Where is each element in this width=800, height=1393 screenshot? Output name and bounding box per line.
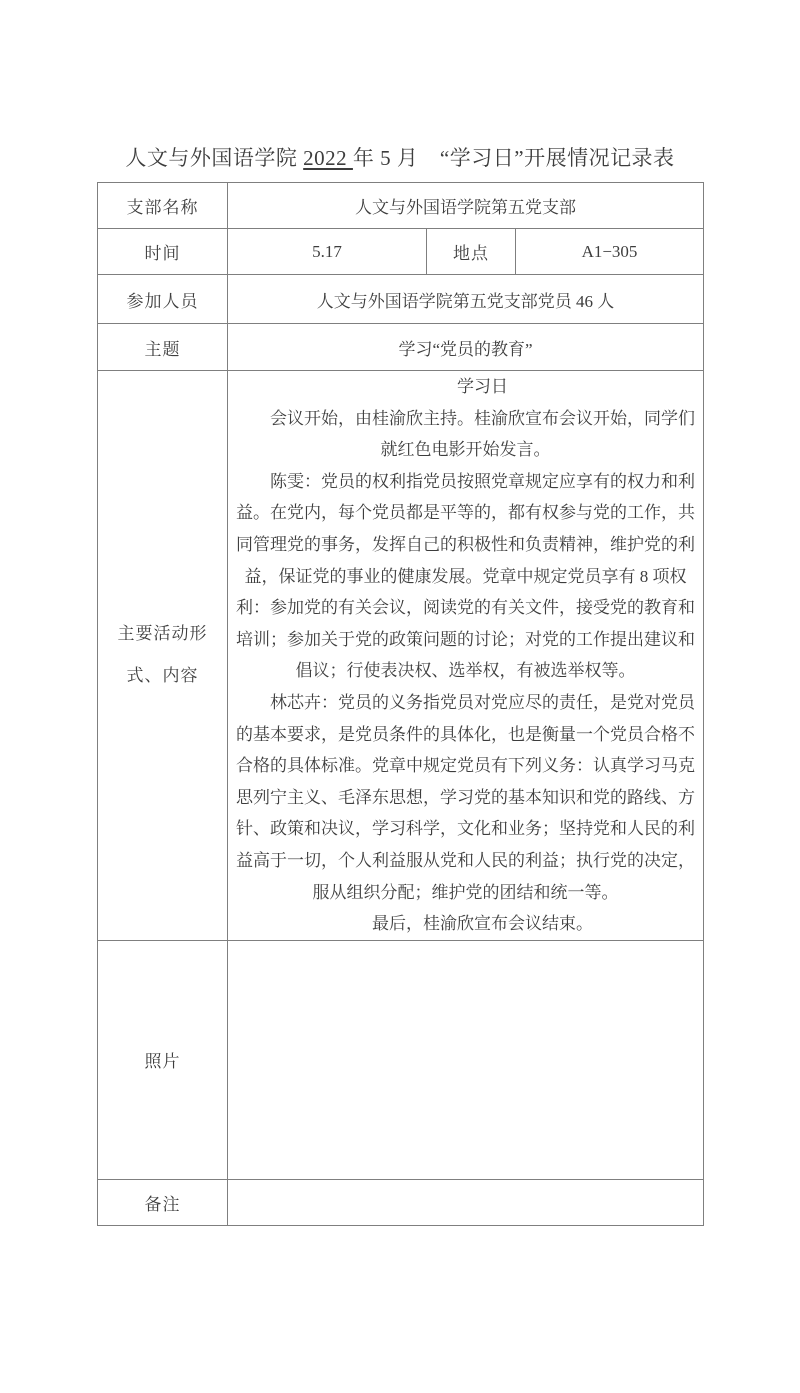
topic-value: 学习“党员的教育” <box>228 324 704 371</box>
row-photo: 照片 <box>98 940 704 1179</box>
row-activity: 主要活动形式、内容 学习日 会议开始，由桂渝欣主持。桂渝欣宣布会议开始，同学们就… <box>98 371 704 941</box>
location-value: A1−305 <box>516 229 704 275</box>
participants-label: 参加人员 <box>98 275 228 324</box>
time-label: 时间 <box>98 229 228 275</box>
row-remarks: 备注 <box>98 1179 704 1225</box>
activity-label-text: 主要活动形式、内容 <box>115 613 211 697</box>
title-part-2: 年 5 月 “学习日”开展情况记录表 <box>353 146 675 170</box>
record-table: 支部名称 人文与外国语学院第五党支部 时间 5.17 地点 A1−305 参加人… <box>97 182 704 1226</box>
row-participants: 参加人员 人文与外国语学院第五党支部党员 46 人 <box>98 275 704 324</box>
activity-paragraph: 学习日 <box>228 371 703 403</box>
participants-value: 人文与外国语学院第五党支部党员 46 人 <box>228 275 704 324</box>
activity-paragraph: 林芯卉：党员的义务指党员对党应尽的责任，是党对党员的基本要求，是党员条件的具体化… <box>228 687 703 908</box>
location-label: 地点 <box>427 229 516 275</box>
activity-paragraph: 陈雯：党员的权利指党员按照党章规定应享有的权力和利益。在党内，每个党员都是平等的… <box>228 466 703 687</box>
document-title: 人文与外国语学院 2022 年 5 月 “学习日”开展情况记录表 <box>0 142 800 172</box>
topic-label: 主题 <box>98 324 228 371</box>
title-year-underlined: 2022 <box>303 146 353 170</box>
row-branch: 支部名称 人文与外国语学院第五党支部 <box>98 183 704 229</box>
document-page: 人文与外国语学院 2022 年 5 月 “学习日”开展情况记录表 支部名称 人文… <box>0 0 800 1393</box>
activity-paragraph: 会议开始，由桂渝欣主持。桂渝欣宣布会议开始，同学们就红色电影开始发言。 <box>228 403 703 466</box>
time-value: 5.17 <box>228 229 427 275</box>
photo-cell-empty <box>228 940 704 1179</box>
activity-content: 学习日 会议开始，由桂渝欣主持。桂渝欣宣布会议开始，同学们就红色电影开始发言。 … <box>228 371 704 941</box>
row-time-location: 时间 5.17 地点 A1−305 <box>98 229 704 275</box>
photo-label: 照片 <box>98 940 228 1179</box>
branch-label: 支部名称 <box>98 183 228 229</box>
branch-value: 人文与外国语学院第五党支部 <box>228 183 704 229</box>
remarks-label: 备注 <box>98 1179 228 1225</box>
activity-paragraph: 最后，桂渝欣宣布会议结束。 <box>228 908 703 940</box>
remarks-cell-empty <box>228 1179 704 1225</box>
activity-label: 主要活动形式、内容 <box>98 371 228 941</box>
title-part-1: 人文与外国语学院 <box>125 146 303 170</box>
row-topic: 主题 学习“党员的教育” <box>98 324 704 371</box>
